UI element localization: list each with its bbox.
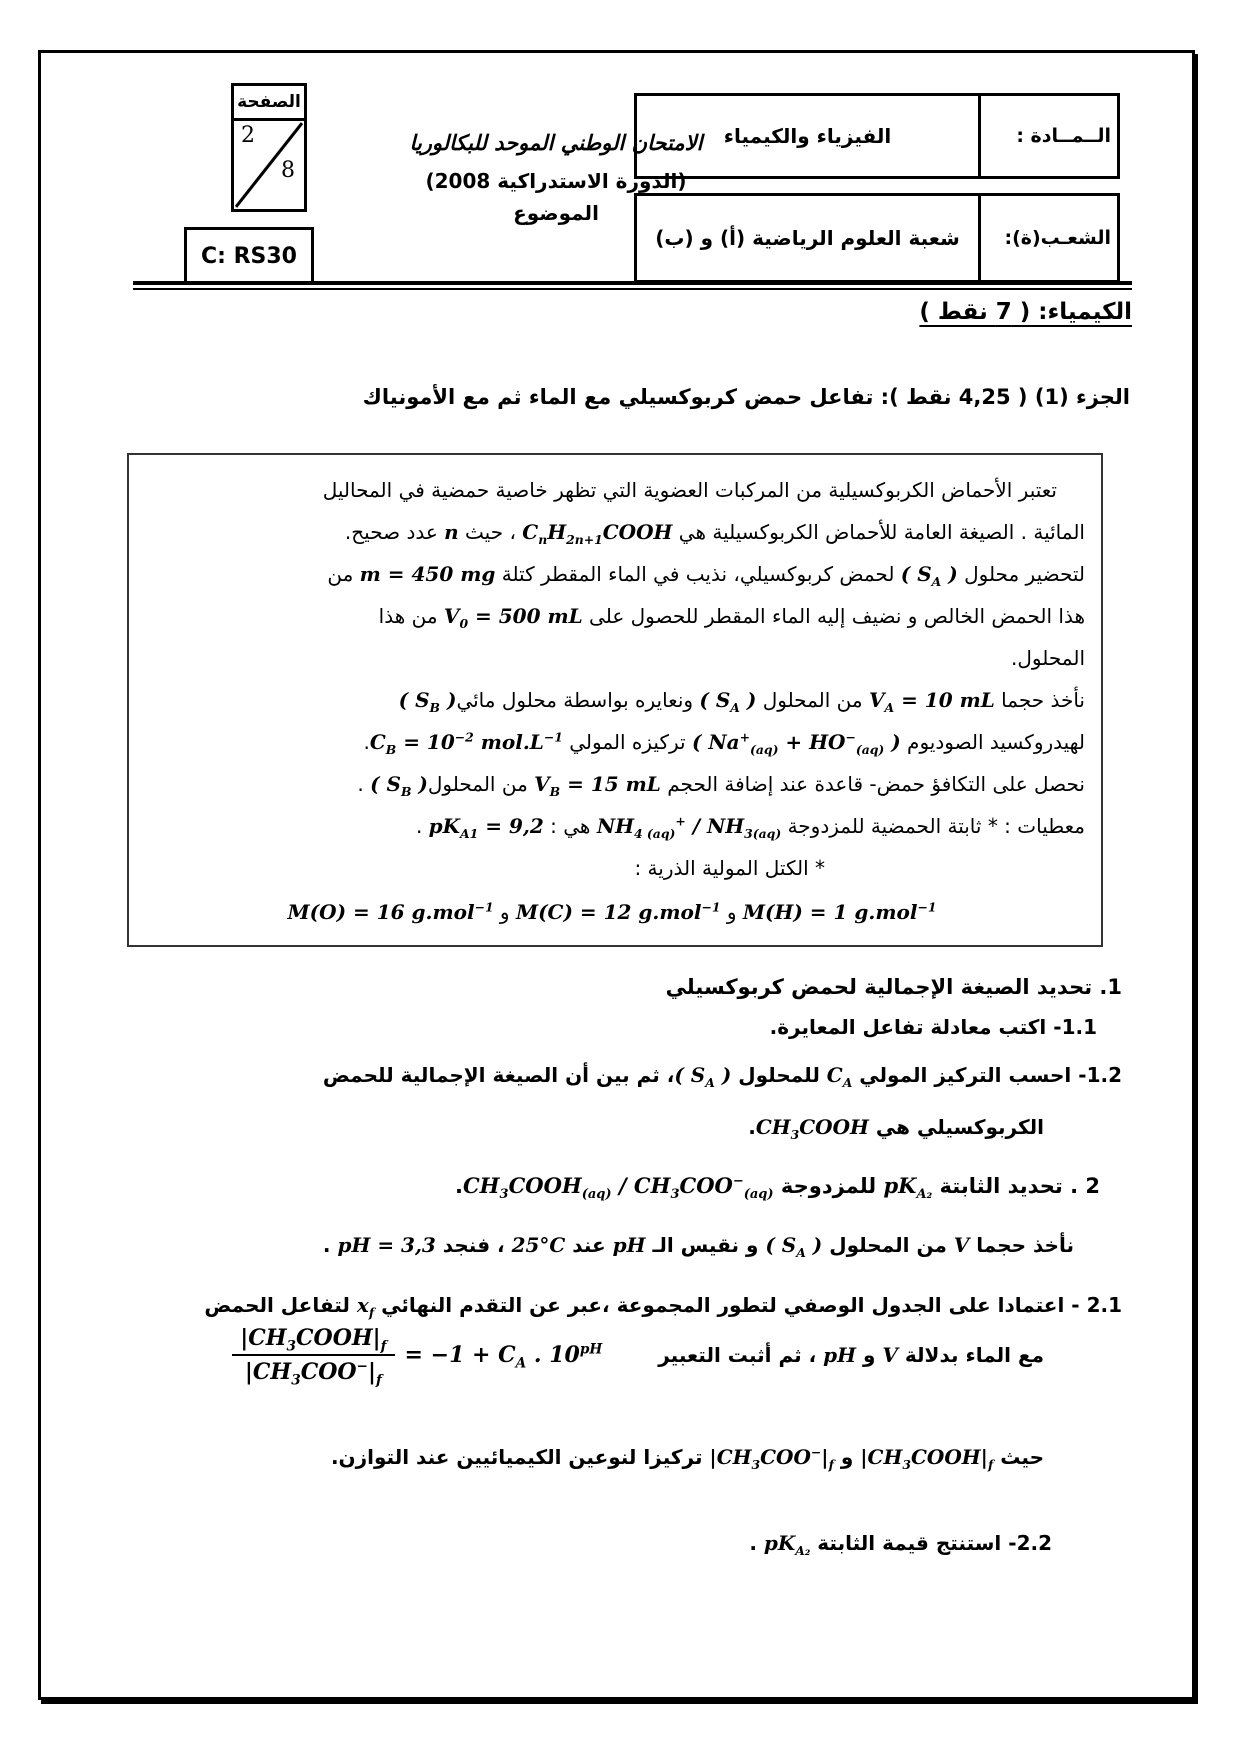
intro-line: M(H) = 1 g.mol−1 و M(C) = 12 g.mol−1 و M… <box>139 889 1085 935</box>
intro-line: نأخذ حجما VA = 10 mL من المحلول ( SA ) و… <box>139 679 1085 721</box>
question-2-1-line1: 2.1 - اعتمادا على الجدول الوصفي لتطور ال… <box>204 1293 1122 1317</box>
page-number-body: 2 8 <box>231 121 307 212</box>
question-2-1-line3: حيث |CH3COOH|f و |CH3COO−|f تركيزا لنوعي… <box>331 1445 1044 1469</box>
equilibrium-formula: |CH3COOH|f |CH3COO−|f = −1 + CA . 10pH <box>232 1325 602 1385</box>
page-total: 8 <box>281 158 295 183</box>
question-2-2: 2.2- استنتج قيمة الثابتة pKA₂ . <box>749 1531 1052 1555</box>
intro-text-box: تعتبر الأحماض الكربوكسيلية من المركبات ا… <box>127 453 1103 947</box>
intro-line: نحصل على التكافؤ حمض- قاعدة عند إضافة ال… <box>139 763 1085 805</box>
formula-numerator: |CH3COOH|f <box>232 1325 394 1356</box>
chemistry-section-heading: الكيمياء: ( 7 نقط ) <box>919 299 1132 325</box>
exam-code-box: C: RS30 <box>184 227 314 285</box>
formula-denominator: |CH3COO−|f <box>237 1356 390 1385</box>
intro-line: لتحضير محلول ( SA ) لحمض كربوكسيلي، نذيب… <box>139 553 1085 595</box>
question-2-intro: نأخذ حجما V من المحلول ( SA ) و نقيس الـ… <box>323 1233 1074 1257</box>
page-number-box: الصفحة 2 8 <box>231 83 307 212</box>
question-1-1: 1.1- اكتب معادلة تفاعل المعايرة. <box>770 1015 1097 1039</box>
subject-label: الــمــادة : <box>978 96 1117 176</box>
intro-line: المائية . الصيغة العامة للأحماض الكربوكس… <box>139 511 1085 553</box>
intro-line: المحلول. <box>139 637 1085 679</box>
question-2-heading: 2 . تحديد الثابتة pKA₂ للمزدوجة CH3COOH(… <box>455 1173 1100 1198</box>
page-current: 2 <box>241 123 255 148</box>
subject-value: الفيزياء والكيمياء <box>637 96 978 176</box>
formula-rhs: = −1 + CA . 10pH <box>405 1342 603 1368</box>
subject-table: الــمــادة : الفيزياء والكيمياء <box>634 93 1120 179</box>
question-2-1-line2: مع الماء بدلالة V و pH ، ثم أثبت التعبير <box>658 1343 1044 1367</box>
question-1-heading: 1. تحديد الصيغة الإجمالية لحمض كربوكسيلي <box>666 975 1122 999</box>
page-number-label: الصفحة <box>231 83 307 121</box>
intro-line: * الكتل المولية الذرية : <box>139 847 1085 889</box>
branch-table: الشعـب(ة): شعبة العلوم الرياضية (أ) و (ب… <box>634 193 1120 283</box>
header-divider-rule <box>133 281 1132 290</box>
intro-line: لهيدروكسيد الصوديوم ( Na+(aq) + HO−(aq) … <box>139 721 1085 763</box>
question-1-2-line2: الكربوكسيلي هي CH3COOH. <box>748 1115 1044 1139</box>
part-1-title: الجزء (1) ( 4,25 نقط ): تفاعل حمض كربوكس… <box>363 385 1130 409</box>
exam-page: الصفحة 2 8 C: RS30 الامتحان الوطني الموح… <box>0 0 1240 1754</box>
intro-line: تعتبر الأحماض الكربوكسيلية من المركبات ا… <box>139 469 1085 511</box>
page-border-frame: الصفحة 2 8 C: RS30 الامتحان الوطني الموح… <box>38 50 1195 1700</box>
intro-line: هذا الحمض الخالص و نضيف إليه الماء المقط… <box>139 595 1085 637</box>
formula-fraction: |CH3COOH|f |CH3COO−|f <box>232 1325 394 1385</box>
branch-label: الشعـب(ة): <box>978 196 1117 280</box>
question-2-1-formula-row: مع الماء بدلالة V و pH ، ثم أثبت التعبير… <box>232 1325 1044 1385</box>
question-1-2-line1: 1.2- احسب التركيز المولي CA للمحلول ( SA… <box>323 1063 1122 1087</box>
branch-value: شعبة العلوم الرياضية (أ) و (ب) <box>637 196 978 280</box>
intro-line: معطيات : * ثابتة الحمضية للمزدوجة NH4 (a… <box>139 805 1085 847</box>
